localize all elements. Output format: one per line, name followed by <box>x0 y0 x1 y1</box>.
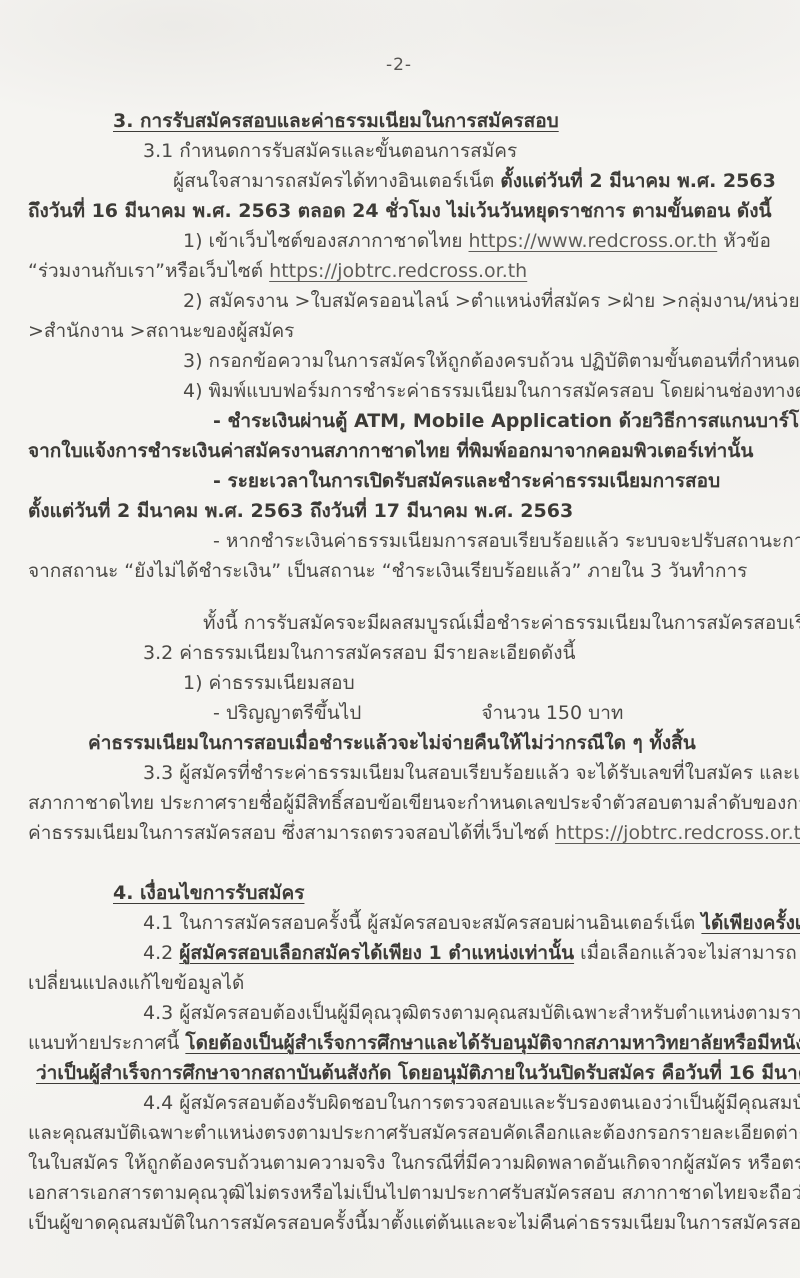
step-3: 3) กรอกข้อความในการสมัครให้ถูกต้องครบถ้ว… <box>183 346 770 376</box>
text-segment: 3. การรับสมัครสอบและค่าธรรมเนียมในการสมั… <box>113 110 559 132</box>
text-segment: 4.4 ผู้สมัครสอบต้องรับผิดชอบในการตรวจสอบ… <box>143 1092 800 1114</box>
item-4-2-text: 4.2 ผู้สมัครสอบเลือกสมัครได้เพียง 1 ตำแห… <box>143 938 770 968</box>
text-segment: - ชำระเงินผ่านตู้ ATM, Mobile Applicatio… <box>213 410 800 432</box>
payment-period: - ระยะเวลาในการเปิดรับสมัครและชำระค่าธรร… <box>213 466 770 496</box>
text-segment: 4) พิมพ์แบบฟอร์มการชำระค่าธรรมเนียมในการ… <box>183 380 800 402</box>
item-4-4-text: 4.4 ผู้สมัครสอบต้องรับผิดชอบในการตรวจสอบ… <box>143 1088 770 1118</box>
text-segment: - หากชำระเงินค่าธรรมเนียมการสอบเรียบร้อย… <box>213 530 800 552</box>
item-4-3-cont: ว่าเป็นผู้สำเร็จการศึกษาจากสถาบันต้นสังก… <box>36 1058 770 1088</box>
section-4-heading: 4. เงื่อนไขการรับสมัคร <box>113 878 770 908</box>
text-segment: ว่าเป็นผู้สำเร็จการศึกษาจากสถาบันต้นสังก… <box>36 1062 800 1084</box>
text-segment: 4.2 <box>143 942 179 964</box>
text-segment: แนบท้ายประกาศนี้ <box>28 1032 185 1054</box>
url-link[interactable]: https://jobtrc.redcross.or.th <box>269 260 527 282</box>
text-segment: 3.3 ผู้สมัครที่ชำระค่าธรรมเนียมในสอบเรีย… <box>143 762 800 784</box>
payment-period-cont: ตั้งแต่วันที่ 2 มีนาคม พ.ศ. 2563 ถึงวันท… <box>28 496 770 526</box>
url-link[interactable]: https://www.redcross.or.th <box>469 230 718 252</box>
payment-atm: - ชำระเงินผ่านตู้ ATM, Mobile Applicatio… <box>213 406 770 436</box>
text-segment: ค่าธรรมเนียมในการสมัครสอบ ซึ่งสามารถตรวจ… <box>28 822 555 844</box>
text-segment: “ร่วมงานกับเรา”หรือเว็บไซต์ <box>28 260 269 282</box>
text-segment: และคุณสมบัติเฉพาะตำแหน่งตรงตามประกาศรับส… <box>28 1122 800 1144</box>
text-segment: สภากาชาดไทย ประกาศรายชื่อผู้มีสิทธิ์สอบข… <box>28 792 800 814</box>
item-4-3-text: 4.3 ผู้สมัครสอบต้องเป็นผู้มีคุณวุฒิตรงตา… <box>143 998 770 1028</box>
item-3-2-heading: 3.2 ค่าธรรมเนียมในการสมัครสอบ มีรายละเอี… <box>143 638 770 668</box>
text-segment: จากใบแจ้งการชำระเงินค่าสมัครงานสภากาชาดไ… <box>28 440 753 462</box>
text-segment: เมื่อเลือกแล้วจะไม่สามารถ <box>574 942 797 964</box>
document-body: 3. การรับสมัครสอบและค่าธรรมเนียมในการสมั… <box>28 106 770 1238</box>
payment-atm-cont: จากใบแจ้งการชำระเงินค่าสมัครงานสภากาชาดไ… <box>28 436 770 466</box>
step-2: 2) สมัครงาน >ใบสมัครออนไลน์ >ตำแหน่งที่ส… <box>183 286 770 316</box>
text-segment: ในใบสมัคร ให้ถูกต้องครบถ้วนตามความจริง ใ… <box>28 1152 800 1174</box>
step-1: 1) เข้าเว็บไซต์ของสภากาชาดไทย https://ww… <box>183 226 770 256</box>
text-segment: 3.2 ค่าธรรมเนียมในการสมัครสอบ มีรายละเอี… <box>143 642 575 664</box>
text-segment: ทั้งนี้ การรับสมัครจะมีผลสมบูรณ์เมื่อชำร… <box>203 612 800 634</box>
item-3-3-text: 3.3 ผู้สมัครที่ชำระค่าธรรมเนียมในสอบเรีย… <box>143 758 770 788</box>
text-segment: 1) ค่าธรรมเนียมสอบ <box>183 672 355 694</box>
text-segment: เอกสารเอกสารตามคุณวุฒิไม่ตรงหรือไม่เป็นไ… <box>28 1182 800 1204</box>
text-segment: - ปริญญาตรีขึ้นไป <box>213 702 361 724</box>
item-4-4-cont: เอกสารเอกสารตามคุณวุฒิไม่ตรงหรือไม่เป็นไ… <box>28 1178 770 1208</box>
text-segment: หัวข้อ <box>717 230 771 252</box>
item-4-1-text: 4.1 ในการสมัครสอบครั้งนี้ ผู้สมัครสอบจะส… <box>143 908 770 938</box>
fee-no-refund: ค่าธรรมเนียมในการสอบเมื่อชำระแล้วจะไม่จ่… <box>88 728 770 758</box>
payment-status: - หากชำระเงินค่าธรรมเนียมการสอบเรียบร้อย… <box>213 526 770 556</box>
text-segment: ค่าธรรมเนียมในการสอบเมื่อชำระแล้วจะไม่จ่… <box>88 732 696 754</box>
text-segment: จำนวน 150 บาท <box>481 702 623 724</box>
item-3-1-text: ถึงวันที่ 16 มีนาคม พ.ศ. 2563 ตลอด 24 ชั… <box>28 196 770 226</box>
text-segment: 3) กรอกข้อความในการสมัครให้ถูกต้องครบถ้ว… <box>183 350 800 372</box>
step-4: 4) พิมพ์แบบฟอร์มการชำระค่าธรรมเนียมในการ… <box>183 376 770 406</box>
item-3-3-cont: ค่าธรรมเนียมในการสมัครสอบ ซึ่งสามารถตรวจ… <box>28 818 770 848</box>
text-segment: ผู้สนใจสามารถสมัครได้ทางอินเตอร์เน็ต <box>173 170 500 192</box>
text-segment: 4. เงื่อนไขการรับสมัคร <box>113 882 304 904</box>
text-segment: - ระยะเวลาในการเปิดรับสมัครและชำระค่าธรร… <box>213 470 720 492</box>
item-3-1-heading: 3.1 กำหนดการรับสมัครและขั้นตอนการสมัคร <box>143 136 770 166</box>
item-4-4-cont: ในใบสมัคร ให้ถูกต้องครบถ้วนตามความจริง ใ… <box>28 1148 770 1178</box>
note-complete: ทั้งนี้ การรับสมัครจะมีผลสมบูรณ์เมื่อชำร… <box>203 608 770 638</box>
text-segment: 4.1 ในการสมัครสอบครั้งนี้ ผู้สมัครสอบจะส… <box>143 912 701 934</box>
fee-item: 1) ค่าธรรมเนียมสอบ <box>183 668 770 698</box>
text-segment: ตั้งแต่วันที่ 2 มีนาคม พ.ศ. 2563 <box>500 170 775 192</box>
step-1-cont: “ร่วมงานกับเรา”หรือเว็บไซต์ https://jobt… <box>28 256 770 286</box>
item-4-4-cont: เป็นผู้ขาดคุณสมบัติในการสมัครสอบครั้งนี้… <box>28 1208 770 1238</box>
text-segment: 1) เข้าเว็บไซต์ของสภากาชาดไทย <box>183 230 469 252</box>
step-2-cont: >สำนักงาน >สถานะของผู้สมัคร <box>28 316 770 346</box>
text-segment: เป็นผู้ขาดคุณสมบัติในการสมัครสอบครั้งนี้… <box>28 1212 800 1234</box>
fee-amount: - ปริญญาตรีขึ้นไปจำนวน 150 บาท <box>213 698 770 728</box>
text-segment: 3.1 กำหนดการรับสมัครและขั้นตอนการสมัคร <box>143 140 517 162</box>
text-segment: 4.3 ผู้สมัครสอบต้องเป็นผู้มีคุณวุฒิตรงตา… <box>143 1002 800 1024</box>
item-4-3-cont: แนบท้ายประกาศนี้ โดยต้องเป็นผู้สำเร็จการ… <box>28 1028 770 1058</box>
url-link[interactable]: https://jobtrc.redcross.or.th <box>555 822 800 844</box>
text-segment: ได้เพียงครั้งเดียวเท่านั้น <box>701 912 800 934</box>
section-3-heading: 3. การรับสมัครสอบและค่าธรรมเนียมในการสมั… <box>113 106 770 136</box>
text-segment: ผู้สมัครสอบเลือกสมัครได้เพียง 1 ตำแหน่งเ… <box>179 942 574 964</box>
text-segment: เปลี่ยนแปลงแก้ไขข้อมูลได้ <box>28 972 244 994</box>
page-number: -2- <box>28 50 770 80</box>
text-segment: โดยต้องเป็นผู้สำเร็จการศึกษาและได้รับอนุ… <box>185 1032 800 1054</box>
text-segment: จากสถานะ “ยังไม่ได้ชำระเงิน” เป็นสถานะ “… <box>28 560 747 582</box>
document-page: -2- 3. การรับสมัครสอบและค่าธรรมเนียมในกา… <box>0 0 800 1278</box>
item-4-4-cont: และคุณสมบัติเฉพาะตำแหน่งตรงตามประกาศรับส… <box>28 1118 770 1148</box>
text-segment: ตั้งแต่วันที่ 2 มีนาคม พ.ศ. 2563 ถึงวันท… <box>28 500 573 522</box>
text-segment: ถึงวันที่ 16 มีนาคม พ.ศ. 2563 ตลอด 24 ชั… <box>28 200 772 222</box>
text-segment: >สำนักงาน >สถานะของผู้สมัคร <box>28 320 294 342</box>
item-3-3-cont: สภากาชาดไทย ประกาศรายชื่อผู้มีสิทธิ์สอบข… <box>28 788 770 818</box>
text-segment: 2) สมัครงาน >ใบสมัครออนไลน์ >ตำแหน่งที่ส… <box>183 290 800 312</box>
payment-status-cont: จากสถานะ “ยังไม่ได้ชำระเงิน” เป็นสถานะ “… <box>28 556 770 586</box>
item-3-1-text: ผู้สนใจสามารถสมัครได้ทางอินเตอร์เน็ต ตั้… <box>173 166 770 196</box>
item-4-2-cont: เปลี่ยนแปลงแก้ไขข้อมูลได้ <box>28 968 770 998</box>
